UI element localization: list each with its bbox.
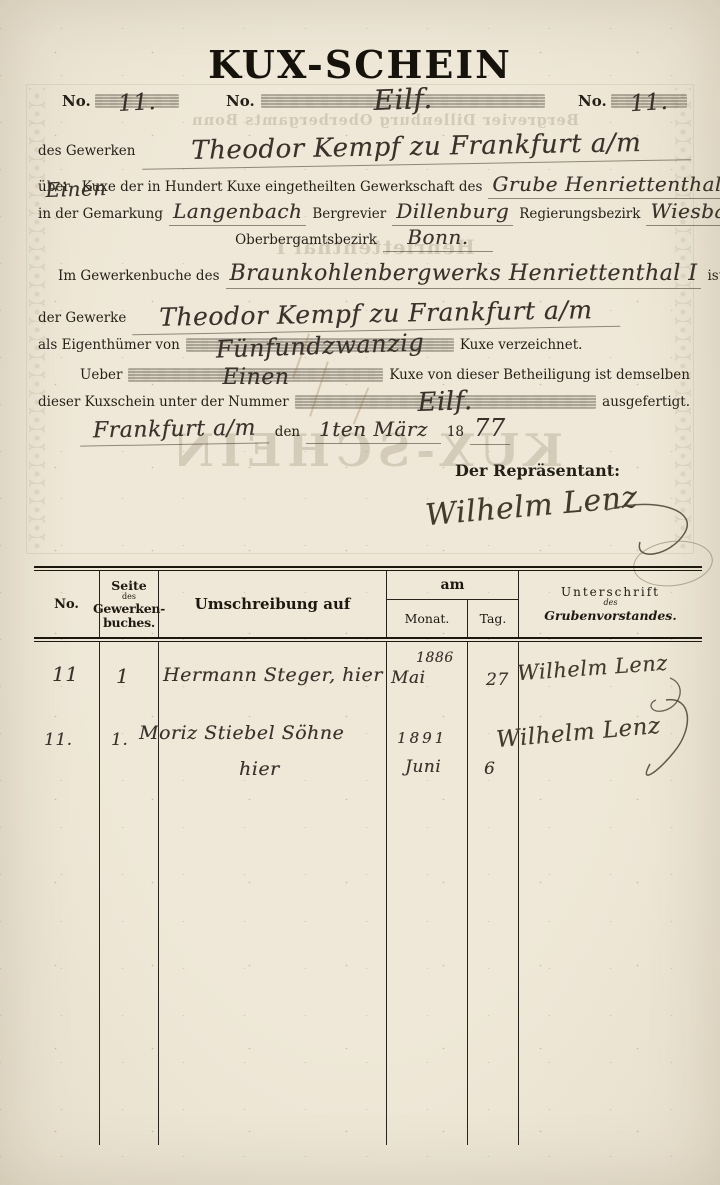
table-body: 11 1 Hermann Steger, hier 1886 Mai 27 Wi… [34, 642, 702, 1145]
no-label-right: No. [578, 92, 607, 110]
row2-monat: Juni [405, 757, 441, 777]
transfer-table: No. Seite des Gewerken- buches. Umschrei… [34, 566, 702, 1145]
row1-tag: 27 [486, 670, 509, 690]
kuxe-line: über Einen Kuxe der in Hundert Kuxe eing… [38, 172, 690, 199]
row2-umschreibung-line2: hier [239, 758, 280, 780]
table-header-monat: Monat. [387, 600, 468, 637]
row1-monat: Mai [391, 668, 425, 688]
date-line: Frankfurt a/m den 1ten März 18 77 [80, 414, 510, 445]
row2-tag: 6 [484, 759, 495, 779]
ueber-printed2: Kuxe von dieser Betheiligung ist demselb… [389, 367, 690, 383]
no-label-left: No. [62, 92, 91, 110]
hw-year: 77 [470, 414, 510, 445]
kuxe-line-printed2: Kuxe der in Hundert Kuxe eingetheilten G… [82, 179, 483, 195]
hw-date: 1ten März [306, 417, 441, 444]
date-printed-den: den [275, 424, 300, 440]
row1-jahr: 1886 [416, 650, 454, 666]
row2-seite: 1. [111, 730, 128, 750]
row2-signature-flourish [630, 694, 702, 798]
col-tag [468, 642, 519, 1145]
row2-umschreibung: Moriz Stiebel Söhne [139, 722, 344, 744]
row1-umschreibung: Hermann Steger, hier [163, 664, 383, 686]
oberbergamt-line: Oberbergamtsbezirk Bonn. [38, 225, 690, 252]
count-blank: Fünfundzwanzig [186, 337, 454, 353]
location-printed2: Bergrevier [312, 206, 386, 222]
date-printed-century: 18 [447, 424, 464, 440]
ueber-blank: Einen [128, 367, 383, 383]
hw-kuxe-count: Einen [45, 175, 107, 201]
owner-line-printed: des Gewerken [38, 143, 136, 159]
col-monat [387, 642, 468, 1145]
number-line-printed2: ausgefertigt. [602, 394, 690, 410]
table-header-seite: Seite des Gewerken- buches. [100, 571, 159, 637]
row1-no: 11 [52, 662, 78, 686]
number-blank-center: Eilf. [261, 93, 545, 109]
owner-line: des Gewerken Theodor Kempf zu Frankfurt … [38, 132, 690, 165]
representative-label: Der Repräsentant: [455, 461, 620, 480]
register-printed1: Im Gewerkenbuche des [58, 268, 220, 284]
owner-of-printed1: als Eigenthümer von [38, 337, 180, 353]
ueber-line: Ueber Einen Kuxe von dieser Betheiligung… [38, 367, 690, 383]
table-header-no: No. [34, 571, 100, 637]
gewerke-line: der Gewerke Theodor Kempf zu Frankfurt a… [38, 299, 620, 331]
hw-gemarkung: Langenbach [169, 199, 306, 226]
register-printed2: ist auf Seite [707, 268, 720, 284]
hw-bergwerk-name: Braunkohlenbergwerks Henriettenthal I [226, 261, 702, 289]
ueber-printed1: Ueber [80, 367, 122, 383]
oberbergamt-printed: Oberbergamtsbezirk [235, 232, 377, 248]
hw-mine-name: Grube Henriettenthal I [488, 172, 720, 199]
col-seite [100, 642, 159, 1145]
table-header: No. Seite des Gewerken- buches. Umschrei… [34, 571, 702, 637]
table-header-unterschrift: Unterschrift des Grubenvorstandes. [519, 571, 702, 637]
certificate-number-blank: Eilf. [295, 394, 596, 410]
document-title: KUX-SCHEIN [0, 42, 720, 87]
gewerke-printed: der Gewerke [38, 310, 126, 326]
number-line-printed1: dieser Kuxschein unter der Nummer [38, 394, 289, 410]
col-umschreibung [159, 642, 387, 1145]
number-blank-left: 11. [95, 93, 179, 109]
location-printed3: Regierungsbezirk [519, 206, 640, 222]
table-header-tag: Tag. [468, 600, 518, 637]
location-line: in der Gemarkung Langenbach Bergrevier D… [38, 199, 690, 226]
certificate-document: Bergrevier Dillenburg Oberbergamts Bonn … [0, 0, 720, 1185]
row2-jahr: 1891 [397, 729, 447, 747]
table-header-am: am Monat. Tag. [387, 571, 519, 637]
hw-number-center: Eilf. [373, 82, 433, 117]
hw-owner-name: Theodor Kempf zu Frankfurt a/m [141, 127, 690, 170]
hw-regierungsbezirk: Wiesbaden [646, 199, 720, 226]
row1-seite: 1 [116, 664, 129, 688]
hw-oberbergamt: Bonn. [383, 225, 493, 252]
number-group-left: No. 11. [62, 92, 179, 110]
hw-number-left: 11. [117, 89, 156, 117]
hw-number-right: 11. [629, 89, 669, 118]
owner-of-line: als Eigenthümer von Fünfundzwanzig Kuxe … [38, 337, 690, 353]
hw-place: Frankfurt a/m [80, 415, 269, 446]
col-no [34, 642, 100, 1145]
hw-ueber-count: Einen [222, 365, 289, 390]
number-group-right: No. 11. [578, 92, 687, 110]
number-group-center: No. Eilf. [226, 92, 545, 110]
owner-of-printed2: Kuxe verzeichnet. [460, 337, 583, 353]
row2-no: 11. [44, 730, 73, 750]
register-line: Im Gewerkenbuche des Braunkohlenbergwerk… [38, 261, 690, 289]
location-printed1: in der Gemarkung [38, 206, 163, 222]
table-header-umschreibung: Umschreibung auf [159, 571, 387, 637]
hw-bergrevier: Dillenburg [392, 199, 513, 226]
no-label-center: No. [226, 92, 255, 110]
hw-certificate-number: Eilf. [417, 386, 473, 418]
number-blank-right: 11. [611, 93, 687, 109]
